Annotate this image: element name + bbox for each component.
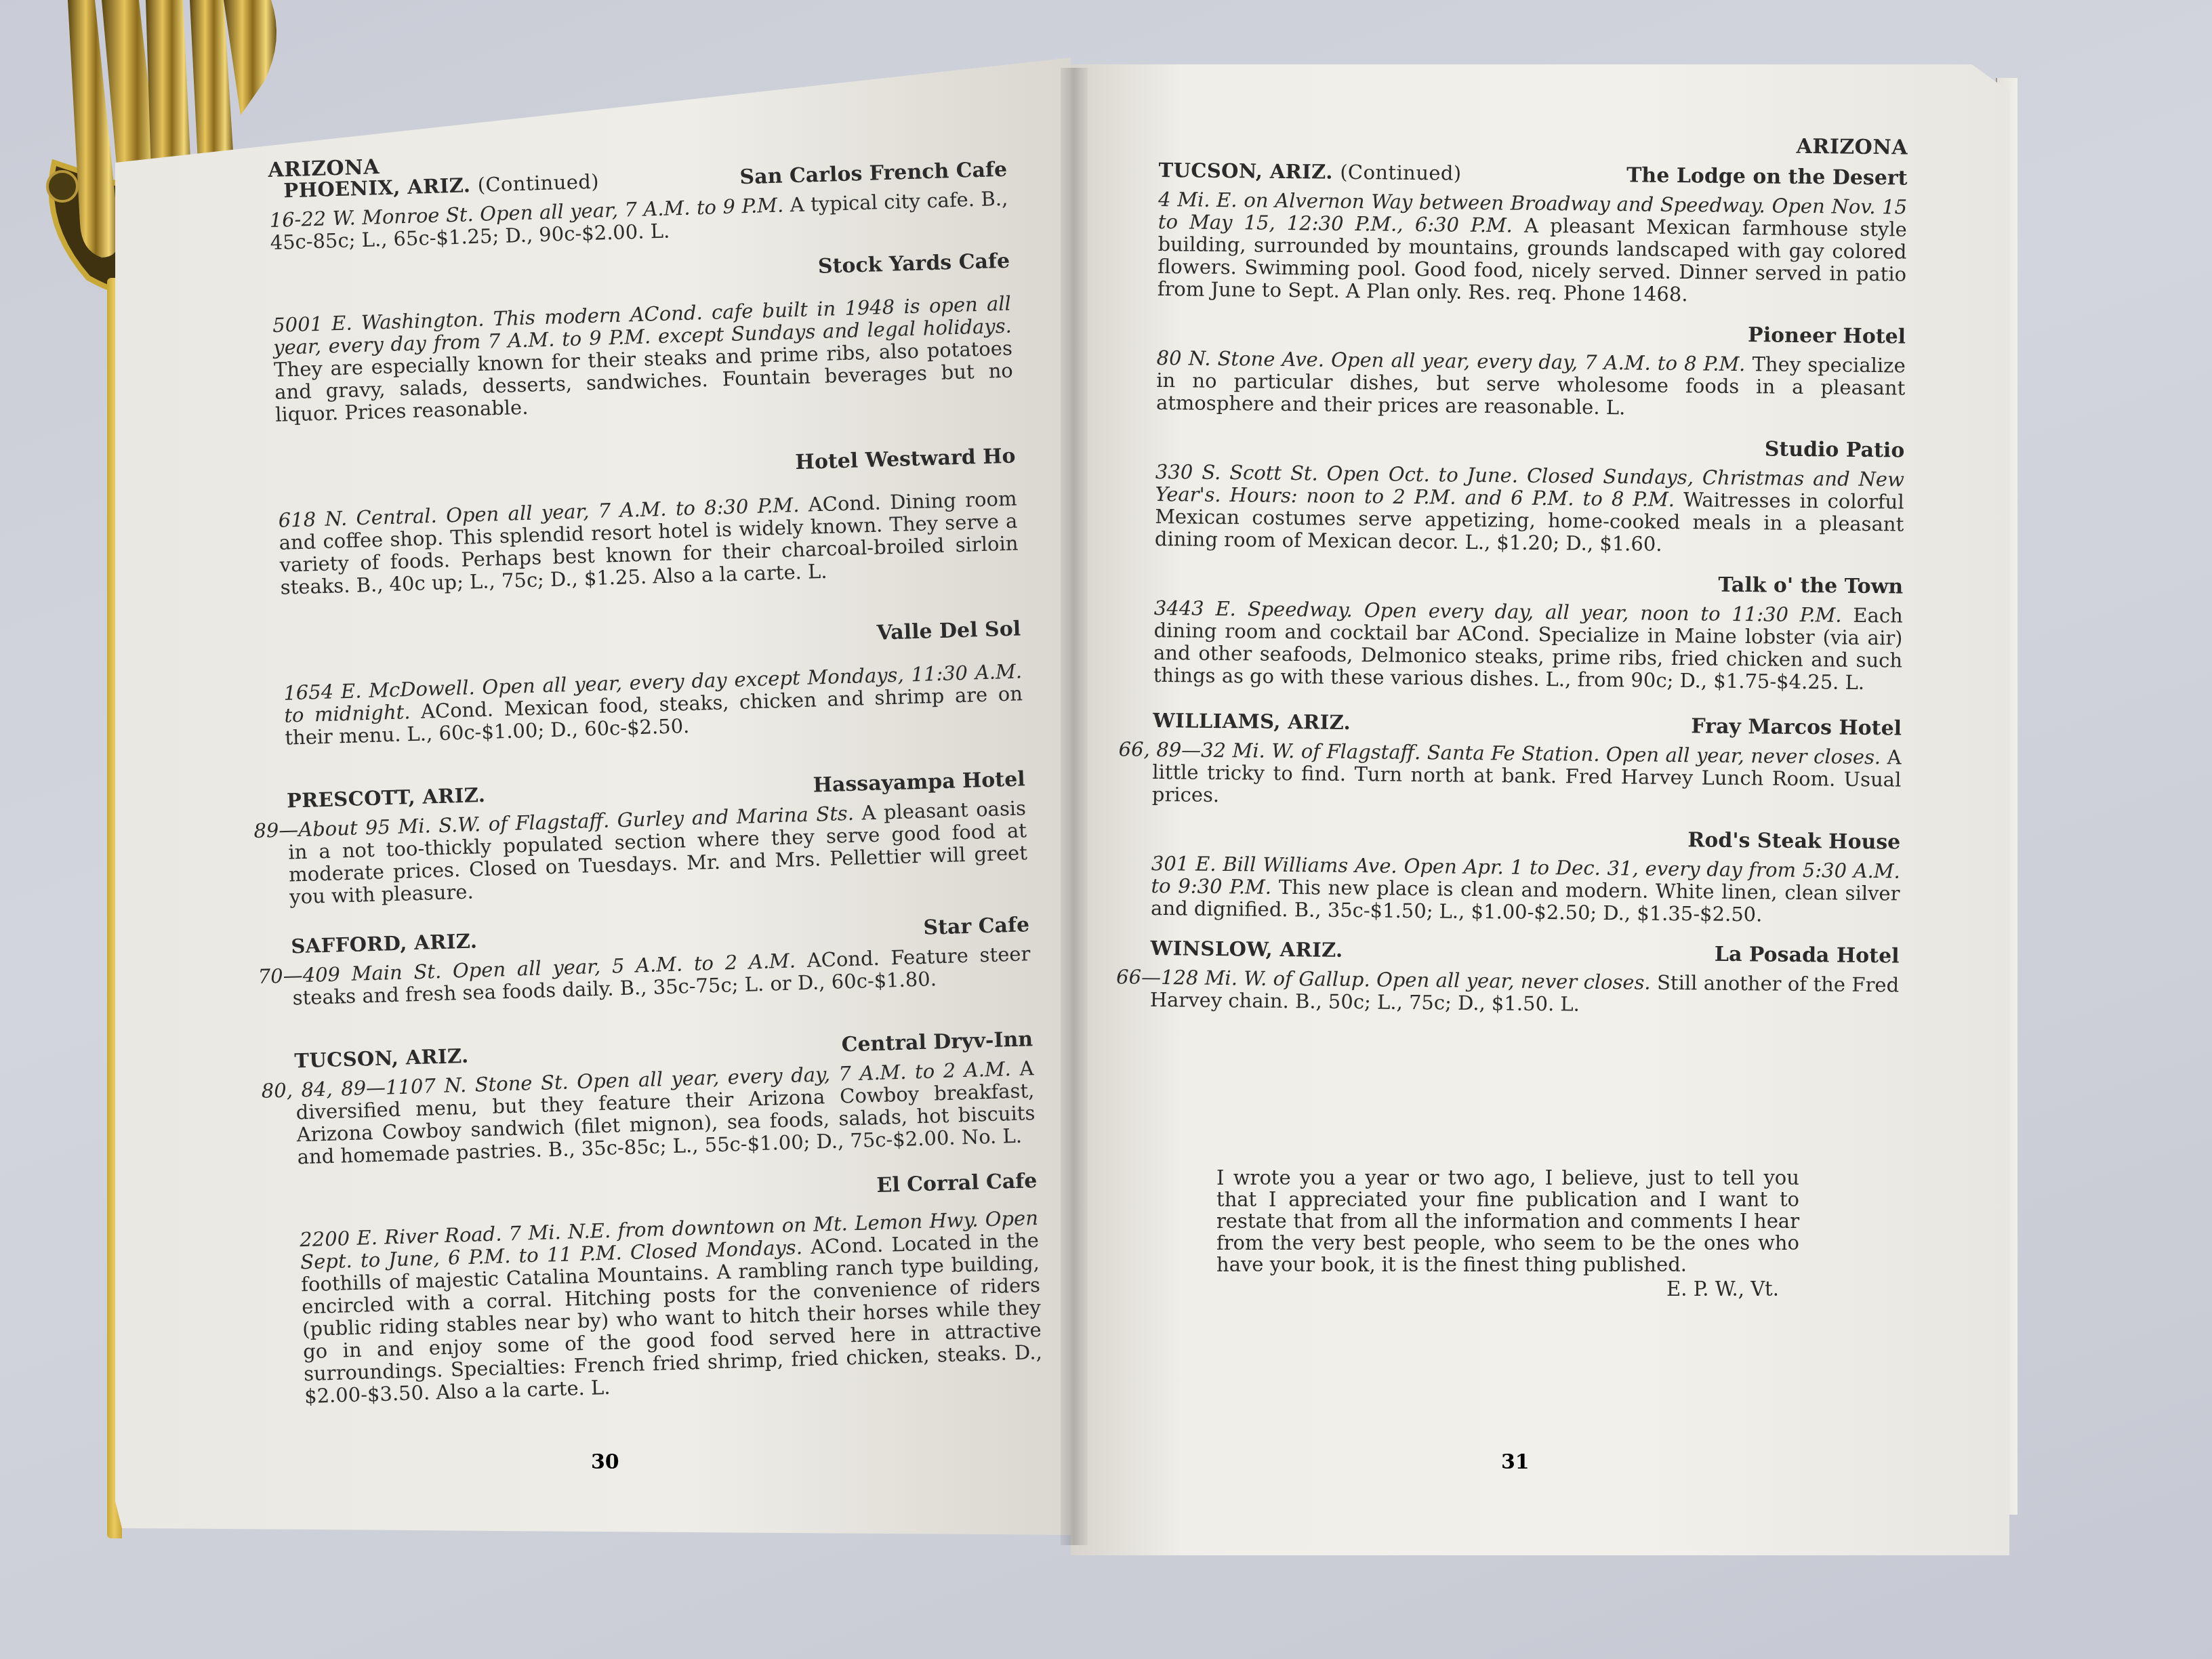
- listing-entry: Talk o' the Town 3443 E. Speedway. Open …: [1153, 568, 1904, 695]
- route-number: 66—: [1116, 965, 1161, 989]
- venue-name: Stock Yards Cafe: [271, 250, 1010, 294]
- testimonial-signature: E. P. W., Vt.: [1216, 1278, 1779, 1300]
- listing-entry: PRESCOTT, ARIZ. Hassayampa Hotel 89—Abou…: [287, 768, 1029, 908]
- listing-description: 5001 E. Washington. This modern ACond. c…: [272, 293, 1014, 426]
- route-number: 66, 89—: [1118, 737, 1201, 761]
- venue-name: Hotel Westward Ho: [276, 445, 1015, 489]
- listing-description: 330 S. Scott St. Open Oct. to June. Clos…: [1155, 461, 1904, 558]
- venue-name: Star Cafe: [923, 914, 1029, 939]
- listing-entry: TUCSON, ARIZ. (Continued) The Lodge on t…: [1158, 146, 1908, 308]
- testimonial-quote: I wrote you a year or two ago, I believe…: [1216, 1167, 1799, 1300]
- venue-name: Pioneer Hotel: [1157, 318, 1906, 348]
- listing-entry: WILLIAMS, ARIZ. Fray Marcos Hotel 66, 89…: [1152, 710, 1902, 814]
- venue-name: Valle Del Sol: [282, 617, 1021, 661]
- listing-entry: El Corral Cafe 2200 E. River Road. 7 Mi.…: [298, 1170, 1043, 1408]
- listing-entry: Stock Yards Cafe 5001 E. Washington. Thi…: [271, 250, 1014, 426]
- listing-description: 66—128 Mi. W. of Gallup. Open all year, …: [1150, 966, 1900, 1019]
- listing-description: 4 Mi. E. on Alvernon Way between Broadwa…: [1158, 188, 1908, 308]
- page-number: 31: [1501, 1450, 1530, 1474]
- listing-description: 1654 E. McDowell. Open all year, every d…: [283, 660, 1023, 749]
- venue-name: Rod's Steak House: [1151, 823, 1900, 854]
- city-heading: TUCSON, ARIZ. (Continued): [1158, 159, 1461, 185]
- page-number: 30: [591, 1450, 619, 1474]
- venue-name: El Corral Cafe: [298, 1170, 1037, 1214]
- listing-description: 301 E. Bill Williams Ave. Open Apr. 1 to…: [1151, 853, 1900, 928]
- listing-entry: Rod's Steak House 301 E. Bill Williams A…: [1151, 823, 1900, 928]
- city-heading: SAFFORD, ARIZ.: [291, 930, 478, 958]
- city-heading: WILLIAMS, ARIZ.: [1153, 710, 1351, 734]
- listing-description: 66, 89—32 Mi. W. of Flagstaff. Santa Fe …: [1152, 739, 1902, 814]
- right-page-column: ARIZONA TUCSON, ARIZ. (Continued) The Lo…: [1150, 146, 1908, 1019]
- listing-entry: Pioneer Hotel 80 N. Stone Ave. Open all …: [1156, 318, 1906, 422]
- listing-entry: Valle Del Sol 1654 E. McDowell. Open all…: [282, 617, 1023, 749]
- listing-description: 2200 E. River Road. 7 Mi. N.E. from down…: [300, 1207, 1043, 1408]
- venue-name: Hassayampa Hotel: [813, 768, 1025, 796]
- photo-scene: ARIZONA PHOENIX, ARIZ. (Continued) San C…: [0, 0, 2212, 1659]
- city-heading: WINSLOW, ARIZ.: [1150, 937, 1343, 962]
- listing-description: 80 N. Stone Ave. Open all year, every da…: [1156, 347, 1906, 422]
- listing-description: 618 N. Central. Open all year, 7 A.M. to…: [278, 487, 1019, 598]
- left-page-column: ARIZONA PHOENIX, ARIZ. (Continued) San C…: [268, 138, 1043, 1408]
- city-heading: PRESCOTT, ARIZ.: [287, 784, 486, 813]
- city-heading: TUCSON, ARIZ.: [294, 1045, 469, 1073]
- listing-entry: WINSLOW, ARIZ. La Posada Hotel 66—128 Mi…: [1150, 937, 1900, 1019]
- route-number: 70—: [258, 964, 303, 988]
- route-number: 89—: [253, 818, 299, 842]
- venue-name: The Lodge on the Desert: [1626, 164, 1908, 189]
- testimonial-text: I wrote you a year or two ago, I believe…: [1216, 1167, 1799, 1275]
- venue-name: Studio Patio: [1155, 432, 1904, 462]
- venue-name: Central Dryv-Inn: [841, 1028, 1033, 1056]
- listing-description: 89—About 95 Mi. S.W. of Flagstaff. Gurle…: [287, 797, 1028, 908]
- venue-name: Talk o' the Town: [1154, 568, 1903, 598]
- listing-entry: Hotel Westward Ho 618 N. Central. Open a…: [276, 445, 1019, 598]
- book-gutter: [1061, 68, 1088, 1545]
- listing-entry: SAFFORD, ARIZ. Star Cafe 70—409 Main St.…: [291, 914, 1031, 1009]
- venue-name: Fray Marcos Hotel: [1691, 715, 1902, 739]
- listing-entry: TUCSON, ARIZ. Central Dryv-Inn 80, 84, 8…: [294, 1028, 1036, 1168]
- listing-entry: Studio Patio 330 S. Scott St. Open Oct. …: [1155, 432, 1905, 558]
- listing-description: 3443 E. Speedway. Open every day, all ye…: [1153, 597, 1903, 695]
- listing-description: 80, 84, 89—1107 N. Stone St. Open all ye…: [295, 1057, 1036, 1168]
- venue-name: La Posada Hotel: [1715, 943, 1900, 968]
